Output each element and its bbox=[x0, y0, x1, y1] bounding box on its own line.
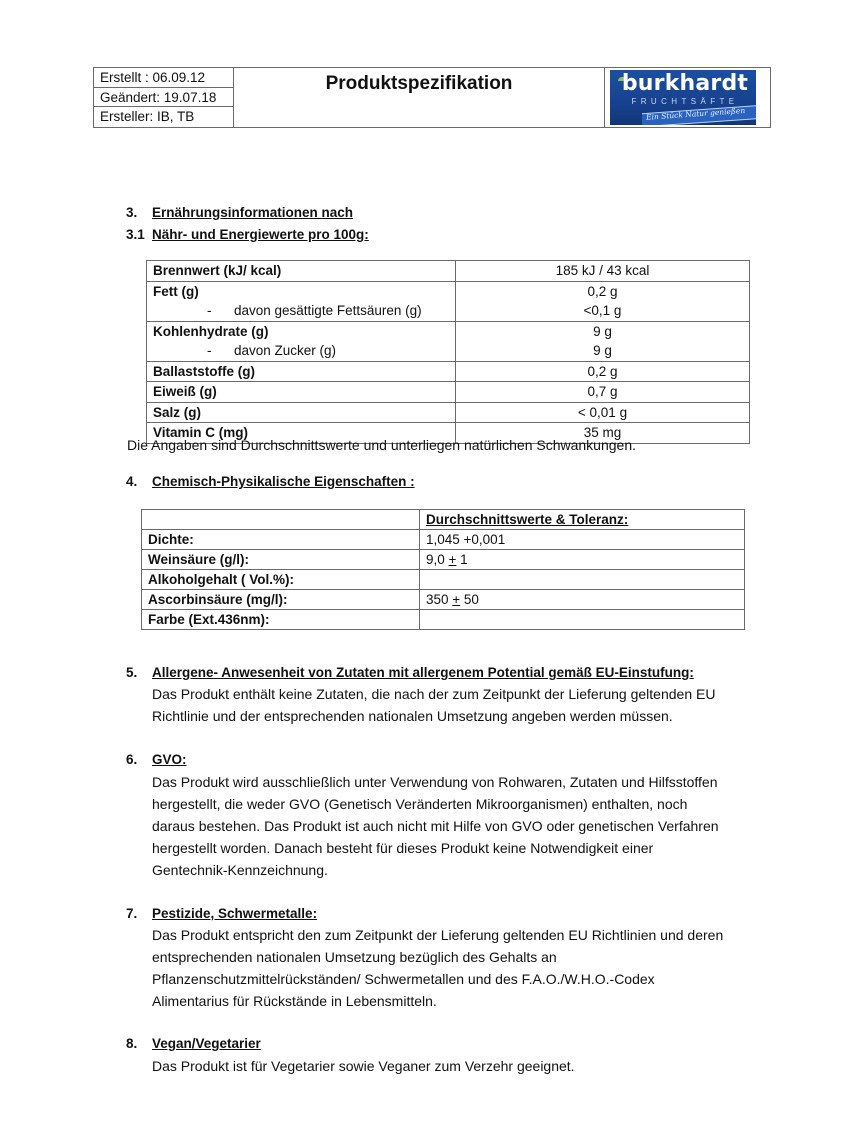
document-header: Erstellt : 06.09.12 Geändert: 19.07.18 E… bbox=[93, 67, 771, 128]
property-label: Farbe (Ext.436nm): bbox=[142, 610, 420, 630]
burkhardt-logo: burkhardt FRUCHTSÄFTE Ein Stück Natur ge… bbox=[610, 70, 756, 125]
nutrient-value: 185 kJ / 43 kcal bbox=[462, 261, 743, 281]
property-value: 1,045 +0,001 bbox=[420, 530, 745, 550]
section-8-heading: 8.Vegan/Vegetarier bbox=[126, 1036, 261, 1051]
nutrient-label: Kohlenhydrate (g) bbox=[153, 322, 449, 342]
section-6-heading: 6.GVO: bbox=[126, 752, 187, 767]
section-3-heading: 3.Ernährungsinformationen nach bbox=[126, 205, 353, 220]
section-4-heading: 4.Chemisch-Physikalische Eigenschaften : bbox=[126, 474, 415, 489]
table-header-row: Durchschnittswerte & Toleranz: bbox=[142, 510, 745, 530]
nutrient-sub-value: <0,1 g bbox=[462, 301, 743, 321]
logo-subtitle: FRUCHTSÄFTE bbox=[620, 97, 750, 106]
table-row: Kohlenhydrate (g) -davon Zucker (g) 9 g … bbox=[147, 321, 750, 361]
property-label: Ascorbinsäure (mg/l): bbox=[142, 590, 420, 610]
logo-brand: burkhardt bbox=[620, 71, 750, 96]
nutrition-table: Brennwert (kJ/ kcal) 185 kJ / 43 kcal Fe… bbox=[146, 260, 750, 444]
nutrient-sub-label: davon gesättigte Fettsäuren (g) bbox=[234, 303, 422, 318]
section-5-heading: 5.Allergene- Anwesenheit von Zutaten mit… bbox=[126, 665, 694, 680]
table-row: Ascorbinsäure (mg/l): 350 + 50 bbox=[142, 590, 745, 610]
nutrient-value: < 0,01 g bbox=[462, 403, 743, 423]
nutrient-label: Salz (g) bbox=[153, 403, 449, 423]
table-row: Weinsäure (g/l): 9,0 + 1 bbox=[142, 550, 745, 570]
property-value bbox=[420, 610, 745, 630]
changed-date: Geändert: 19.07.18 bbox=[94, 88, 233, 108]
property-label: Dichte: bbox=[142, 530, 420, 550]
nutrient-value: 0,2 g bbox=[462, 362, 743, 382]
created-date: Erstellt : 06.09.12 bbox=[94, 68, 233, 88]
nutrient-label: Eiweiß (g) bbox=[153, 382, 449, 402]
table-row: Alkoholgehalt ( Vol.%): bbox=[142, 570, 745, 590]
section-5-text: Das Produkt enthält keine Zutaten, die n… bbox=[152, 683, 752, 727]
section-6-text: Das Produkt wird ausschließlich unter Ve… bbox=[152, 771, 752, 881]
table-row: Eiweiß (g) 0,7 g bbox=[147, 382, 750, 403]
nutrient-label: Brennwert (kJ/ kcal) bbox=[153, 261, 449, 281]
property-label: Weinsäure (g/l): bbox=[142, 550, 420, 570]
table-row: Salz (g) < 0,01 g bbox=[147, 402, 750, 423]
document-meta: Erstellt : 06.09.12 Geändert: 19.07.18 E… bbox=[94, 68, 234, 127]
column-header: Durchschnittswerte & Toleranz: bbox=[420, 510, 745, 530]
property-value: 350 + 50 bbox=[420, 590, 745, 610]
table-row: Fett (g) -davon gesättigte Fettsäuren (g… bbox=[147, 281, 750, 321]
page-title: Produktspezifikation bbox=[234, 68, 604, 99]
table-row: Dichte: 1,045 +0,001 bbox=[142, 530, 745, 550]
table-row: Ballaststoffe (g) 0,2 g bbox=[147, 361, 750, 382]
nutrient-label: Ballaststoffe (g) bbox=[153, 362, 449, 382]
nutrition-note: Die Angaben sind Durchschnittswerte und … bbox=[127, 437, 636, 453]
nutrient-sub-label: davon Zucker (g) bbox=[234, 343, 336, 358]
property-value bbox=[420, 570, 745, 590]
table-row: Brennwert (kJ/ kcal) 185 kJ / 43 kcal bbox=[147, 261, 750, 282]
nutrient-value: 0,7 g bbox=[462, 382, 743, 402]
author: Ersteller: IB, TB bbox=[94, 107, 233, 127]
logo-cell: burkhardt FRUCHTSÄFTE Ein Stück Natur ge… bbox=[604, 68, 770, 127]
section-3-1-heading: 3.1Nähr- und Energiewerte pro 100g: bbox=[126, 227, 369, 242]
nutrient-value: 0,2 g bbox=[462, 282, 743, 302]
section-7-heading: 7.Pestizide, Schwermetalle: bbox=[126, 906, 317, 921]
nutrient-label: Fett (g) bbox=[153, 282, 449, 302]
nutrient-sub-value: 9 g bbox=[462, 341, 743, 361]
table-row: Farbe (Ext.436nm): bbox=[142, 610, 745, 630]
property-value: 9,0 + 1 bbox=[420, 550, 745, 570]
property-label: Alkoholgehalt ( Vol.%): bbox=[142, 570, 420, 590]
section-7-text: Das Produkt entspricht den zum Zeitpunkt… bbox=[152, 924, 752, 1012]
nutrient-value: 9 g bbox=[462, 322, 743, 342]
chemical-properties-table: Durchschnittswerte & Toleranz: Dichte: 1… bbox=[141, 509, 745, 630]
section-8-text: Das Produkt ist für Vegetarier sowie Veg… bbox=[152, 1055, 752, 1077]
